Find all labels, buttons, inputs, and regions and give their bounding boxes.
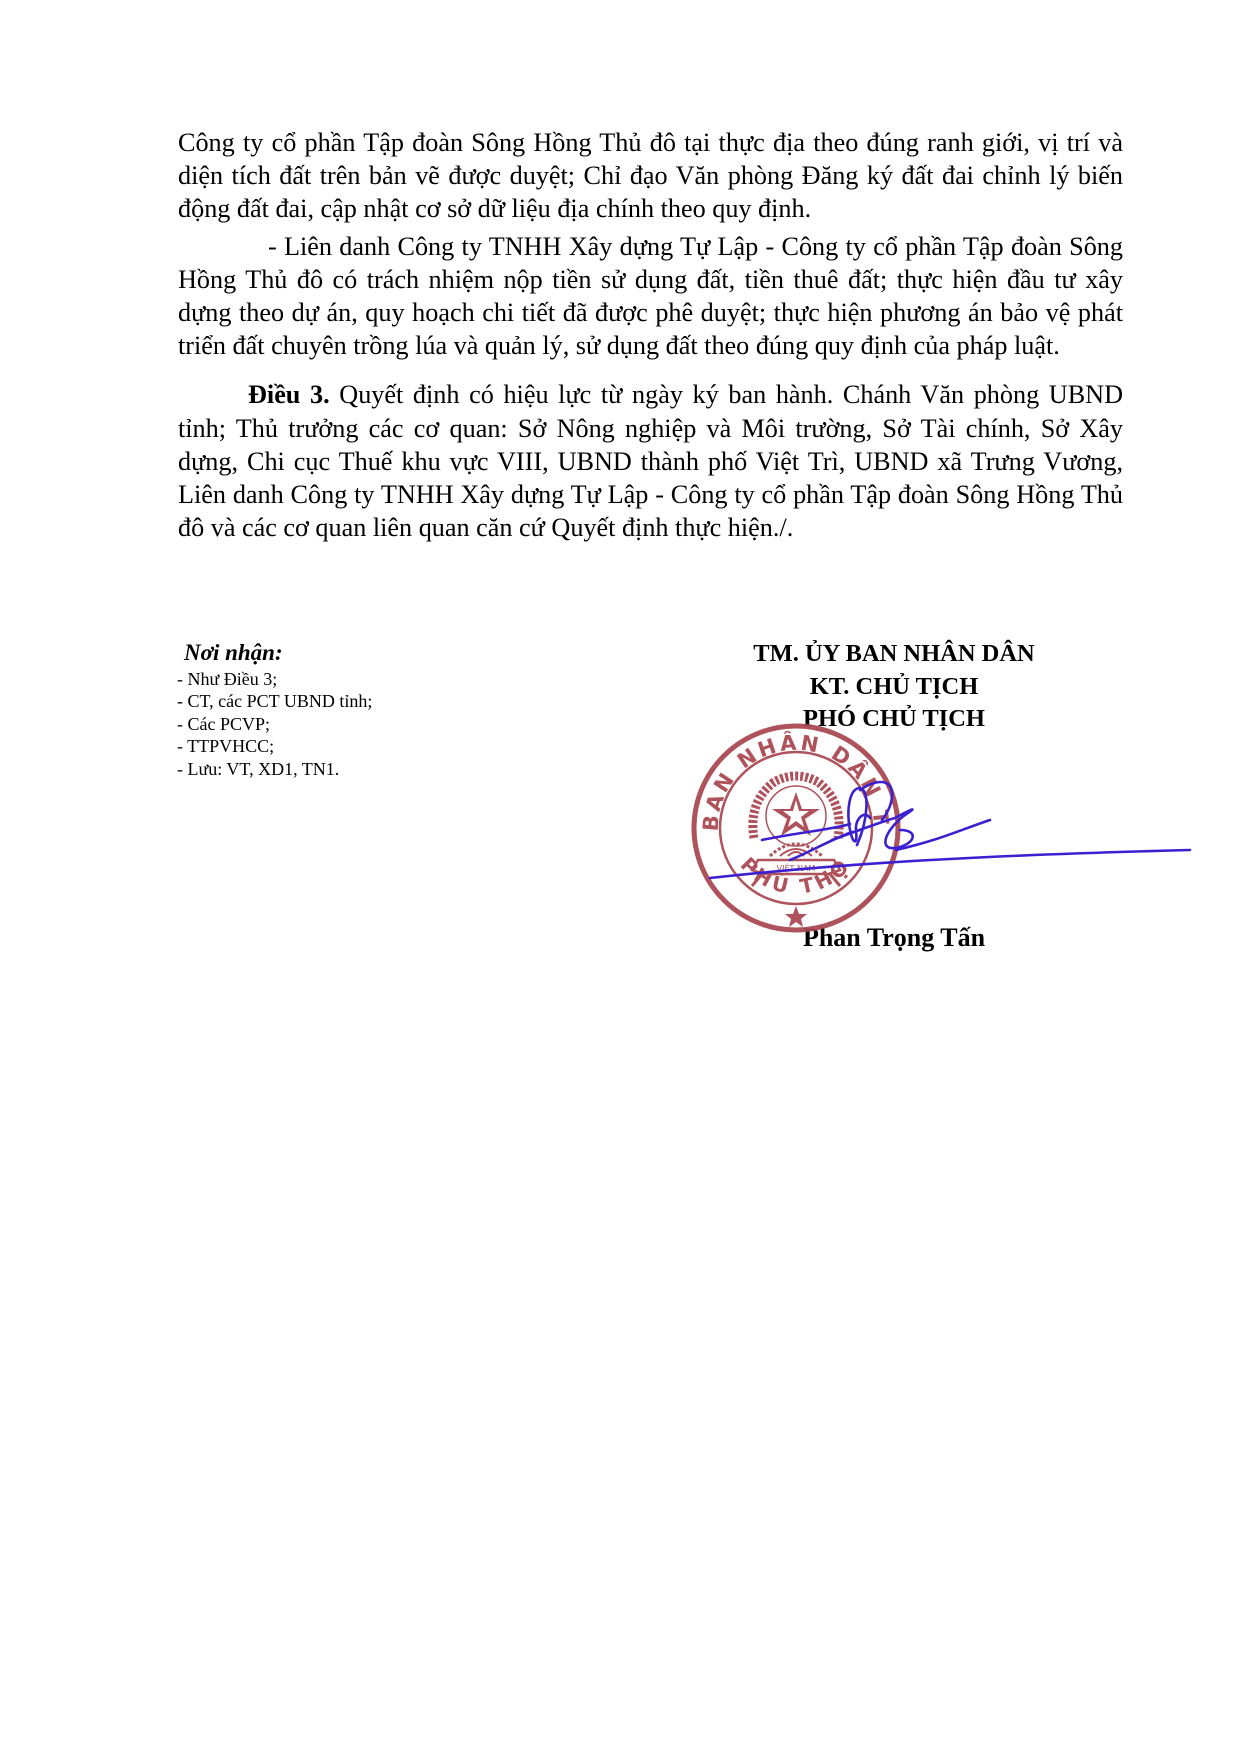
recipient-item: - TTPVHCC;	[177, 735, 537, 757]
signature-title-line-2: KT. CHỦ TỊCH	[700, 671, 1088, 704]
article-3-label: Điều 3.	[248, 380, 330, 409]
article-3: Điều 3. Quyết định có hiệu lực từ ngày k…	[178, 378, 1123, 544]
signature-title-line-1: TM. ỦY BAN NHÂN DÂN	[700, 638, 1088, 671]
handwritten-signature-icon	[700, 760, 1200, 900]
recipient-item: - Các PCVP;	[177, 713, 537, 735]
recipients-title: Nơi nhận:	[184, 638, 537, 668]
paragraph-land-handover: Công ty cổ phần Tập đoàn Sông Hồng Thủ đ…	[178, 126, 1123, 226]
recipient-item: - Lưu: VT, XD1, TN1.	[177, 758, 537, 780]
recipient-item: - CT, các PCT UBND tỉnh;	[177, 690, 537, 712]
document-body: Công ty cổ phần Tập đoàn Sông Hồng Thủ đ…	[178, 126, 1123, 544]
recipient-item: - Như Điều 3;	[177, 668, 537, 690]
recipients-block: Nơi nhận: - Như Điều 3; - CT, các PCT UB…	[177, 638, 537, 780]
paragraph-joint-venture-obligations: - Liên danh Công ty TNHH Xây dựng Tự Lập…	[178, 230, 1123, 363]
recipients-list: - Như Điều 3; - CT, các PCT UBND tỉnh; -…	[177, 668, 537, 780]
document-page: Công ty cổ phần Tập đoàn Sông Hồng Thủ đ…	[0, 0, 1241, 1755]
